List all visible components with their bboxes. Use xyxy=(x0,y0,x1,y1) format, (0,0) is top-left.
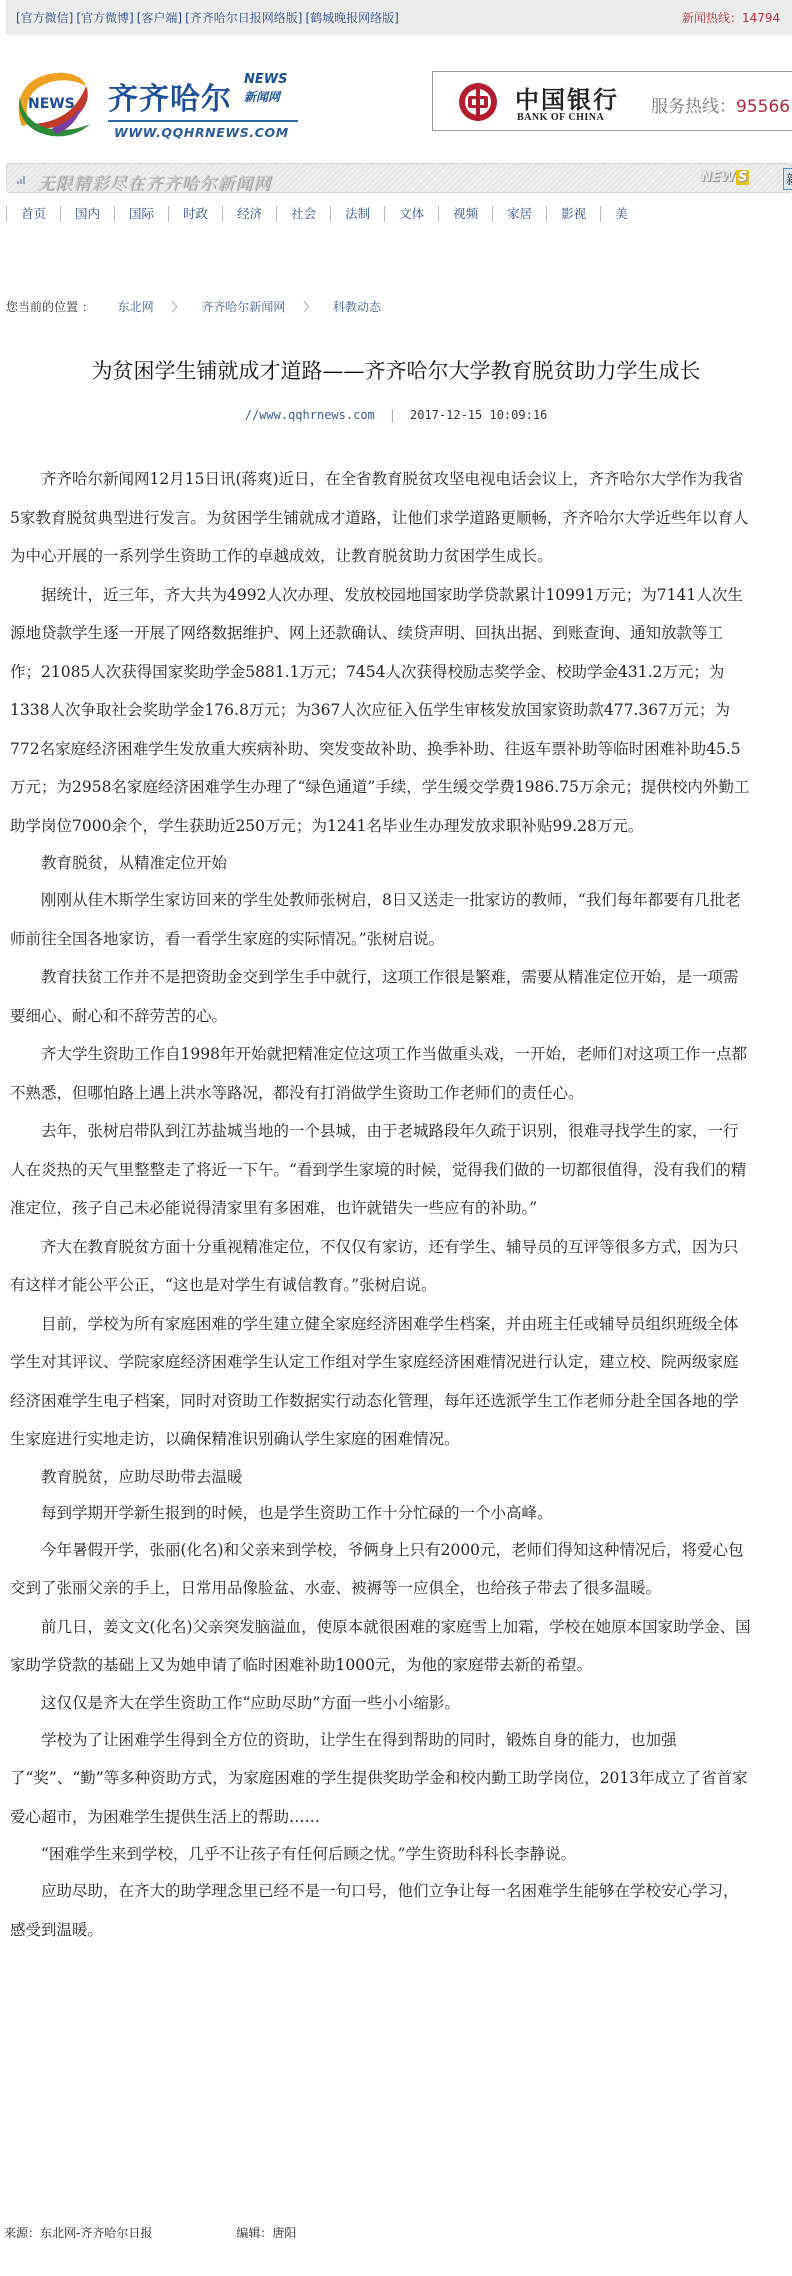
article-paragraph: 目前，学校为所有家庭困难的学生建立健全家庭经济困难学生档案，并由班主任或辅导员组… xyxy=(10,1305,752,1459)
article-subheading: 教育脱贫，应助尽助带去温暖 xyxy=(10,1459,752,1495)
service-label: 服务热线： xyxy=(651,97,736,117)
article-meta: //www.qqhrnews.com|2017-12-15 10:09:16 xyxy=(0,408,792,422)
breadcrumb-science-edu[interactable]: 科教动态 xyxy=(333,300,381,314)
article-paragraph: 今年暑假开学，张丽(化名)和父亲来到学校，爷俩身上只有2000元，老师们得知这种… xyxy=(10,1531,752,1608)
article-source-link[interactable]: //www.qqhrnews.com xyxy=(245,408,375,422)
bank-name-cn: 中国银行 xyxy=(515,80,619,115)
article-paragraph: 齐齐哈尔新闻网12月15日讯(蒋爽)近日，在全省教育脱贫攻坚电视电话会议上，齐齐… xyxy=(10,460,752,576)
nav-item-film-tv[interactable]: 影视 xyxy=(546,206,600,222)
breadcrumb-label: 您当前的位置 ： xyxy=(6,300,94,314)
breadcrumb: 您当前的位置 ： 东北网 〉 齐齐哈尔新闻网 〉 科教动态 xyxy=(6,298,381,315)
article-paragraph: 前几日，姜文文(化名)父亲突发脑溢血，使原本就很困难的家庭雪上加霜，学校在她原本… xyxy=(10,1608,752,1685)
news-tag-text: NEW xyxy=(701,170,735,185)
site-logo[interactable]: NEWS 齐齐哈尔 NEWS 新闻网 WWW.QQHRNEWS.COM xyxy=(8,62,298,144)
breadcrumb-dongbei[interactable]: 东北网 xyxy=(118,300,154,314)
article-subheading: 教育脱贫，从精准定位开始 xyxy=(10,845,752,881)
link-hecheng-evening[interactable]: [鹤城晚报网络版] xyxy=(306,11,399,25)
article-paragraph: “困难学生来到学校，几乎不让孩子有任何后顾之忧。”学生资助科科长李静说。 xyxy=(10,1836,752,1872)
nav-item-home[interactable]: 首页 xyxy=(6,206,60,222)
article-paragraph: 齐大学生资助工作自1998年开始就把精准定位这项工作当做重头戏，一开始，老师们对… xyxy=(10,1035,752,1112)
article-editor: 编辑：唐阳 xyxy=(236,2226,296,2240)
nav-item-international[interactable]: 国际 xyxy=(114,206,168,222)
news-tag-s: S xyxy=(736,170,749,185)
article-body: 齐齐哈尔新闻网12月15日讯(蒋爽)近日，在全省教育脱贫攻坚电视电话会议上，齐齐… xyxy=(10,460,752,1949)
news-hotline: 新闻热线：14794 xyxy=(682,9,780,26)
bank-name-en: BANK OF CHINA xyxy=(517,112,604,123)
bank-of-china-emblem-icon xyxy=(457,81,499,123)
slogan-side-button[interactable]: 新 xyxy=(783,168,792,190)
article-title: 为贫困学生铺就成才道路——齐齐哈尔大学教育脱贫助力学生成长 xyxy=(0,355,792,385)
top-bar: [官方微信][官方微博][客户端][齐齐哈尔日报网络版][鹤城晚报网络版] 新闻… xyxy=(6,0,792,35)
article-footer: 来源：东北网-齐齐哈尔日报编辑：唐阳 xyxy=(4,2224,296,2241)
article-paragraph: 去年，张树启带队到江苏盐城当地的一个县城，由于老城路段年久疏于识别，很难寻找学生… xyxy=(10,1112,752,1228)
article-paragraph: 齐大在教育脱贫方面十分重视精准定位，不仅仅有家访，还有学生、辅导员的互评等很多方… xyxy=(10,1228,752,1305)
breadcrumb-separator: 〉 xyxy=(172,300,184,314)
logo-divider xyxy=(108,120,298,122)
nav-item-society[interactable]: 社会 xyxy=(276,206,330,222)
link-official-weibo[interactable]: [官方微博] xyxy=(76,11,133,25)
article-datetime: 2017-12-15 10:09:16 xyxy=(410,408,547,422)
article-paragraph: 应助尽助，在齐大的助学理念里已经不是一句口号，他们立争让每一名困难学生能够在学校… xyxy=(10,1872,752,1949)
nav-item-culture-sports[interactable]: 文体 xyxy=(384,206,438,222)
nav-item-economy[interactable]: 经济 xyxy=(222,206,276,222)
nav-item-law[interactable]: 法制 xyxy=(330,206,384,222)
article-paragraph: 据统计，近三年，齐大共为4992人次办理、发放校园地国家助学贷款累计10991万… xyxy=(10,576,752,846)
article-paragraph: 学校为了让困难学生得到全方位的资助，让学生在得到帮助的同时，锻炼自身的能力，也加… xyxy=(10,1721,752,1837)
link-client-app[interactable]: [客户端] xyxy=(137,11,182,25)
bank-of-china-ad[interactable]: 中国银行 BANK OF CHINA 服务热线：95566 xyxy=(432,71,792,131)
article-paragraph: 刚刚从佳木斯学生家访回来的学生处教师张树启，8日又送走一批家访的教师，“我们每年… xyxy=(10,881,752,958)
nav-item-beauty[interactable]: 美 xyxy=(600,206,642,222)
breadcrumb-separator: 〉 xyxy=(303,300,315,314)
meta-divider: | xyxy=(389,408,396,422)
news-logo-icon: NEWS xyxy=(12,66,94,140)
link-qqhr-daily[interactable]: [齐齐哈尔日报网络版] xyxy=(185,11,302,25)
article-paragraph: 每到学期开学新生报到的时候，也是学生资助工作十分忙碌的一个小高峰。 xyxy=(10,1495,752,1531)
article-paragraph: 教育扶贫工作并不是把资助金交到学生手中就行，这项工作很是繁难，需要从精准定位开始… xyxy=(10,958,752,1035)
logo-name-cn: 齐齐哈尔 xyxy=(108,74,232,118)
signal-bars-icon xyxy=(17,174,27,184)
logo-url: WWW.QQHRNEWS.COM xyxy=(114,125,289,140)
service-number: 95566 xyxy=(736,97,790,117)
nav-item-home-living[interactable]: 家居 xyxy=(492,206,546,222)
bank-service-hotline: 服务热线：95566 xyxy=(651,92,790,117)
top-links: [官方微信][官方微博][客户端][齐齐哈尔日报网络版][鹤城晚报网络版] xyxy=(16,9,402,26)
article-paragraph: 这仅仅是齐大在学生资助工作“应助尽助”方面一些小小缩影。 xyxy=(10,1685,752,1721)
svg-text:NEWS: NEWS xyxy=(28,96,75,112)
news-tag-logo: NEWS xyxy=(701,170,749,185)
logo-news-cn: 新闻网 xyxy=(244,88,280,105)
nav-item-domestic[interactable]: 国内 xyxy=(60,206,114,222)
slogan-text: 无限精彩尽在齐齐哈尔新闻网 xyxy=(37,169,271,194)
nav-item-politics[interactable]: 时政 xyxy=(168,206,222,222)
main-nav: 首页国内国际时政经济社会法制文体视频家居影视美 xyxy=(6,203,792,227)
article-source: 来源：东北网-齐齐哈尔日报 xyxy=(4,2226,152,2240)
breadcrumb-qqhr-news[interactable]: 齐齐哈尔新闻网 xyxy=(201,300,285,314)
slogan-bar: 无限精彩尽在齐齐哈尔新闻网 NEWS 新 xyxy=(6,163,792,193)
nav-item-video[interactable]: 视频 xyxy=(438,206,492,222)
link-official-wechat[interactable]: [官方微信] xyxy=(16,11,73,25)
logo-news-en: NEWS xyxy=(244,72,287,87)
